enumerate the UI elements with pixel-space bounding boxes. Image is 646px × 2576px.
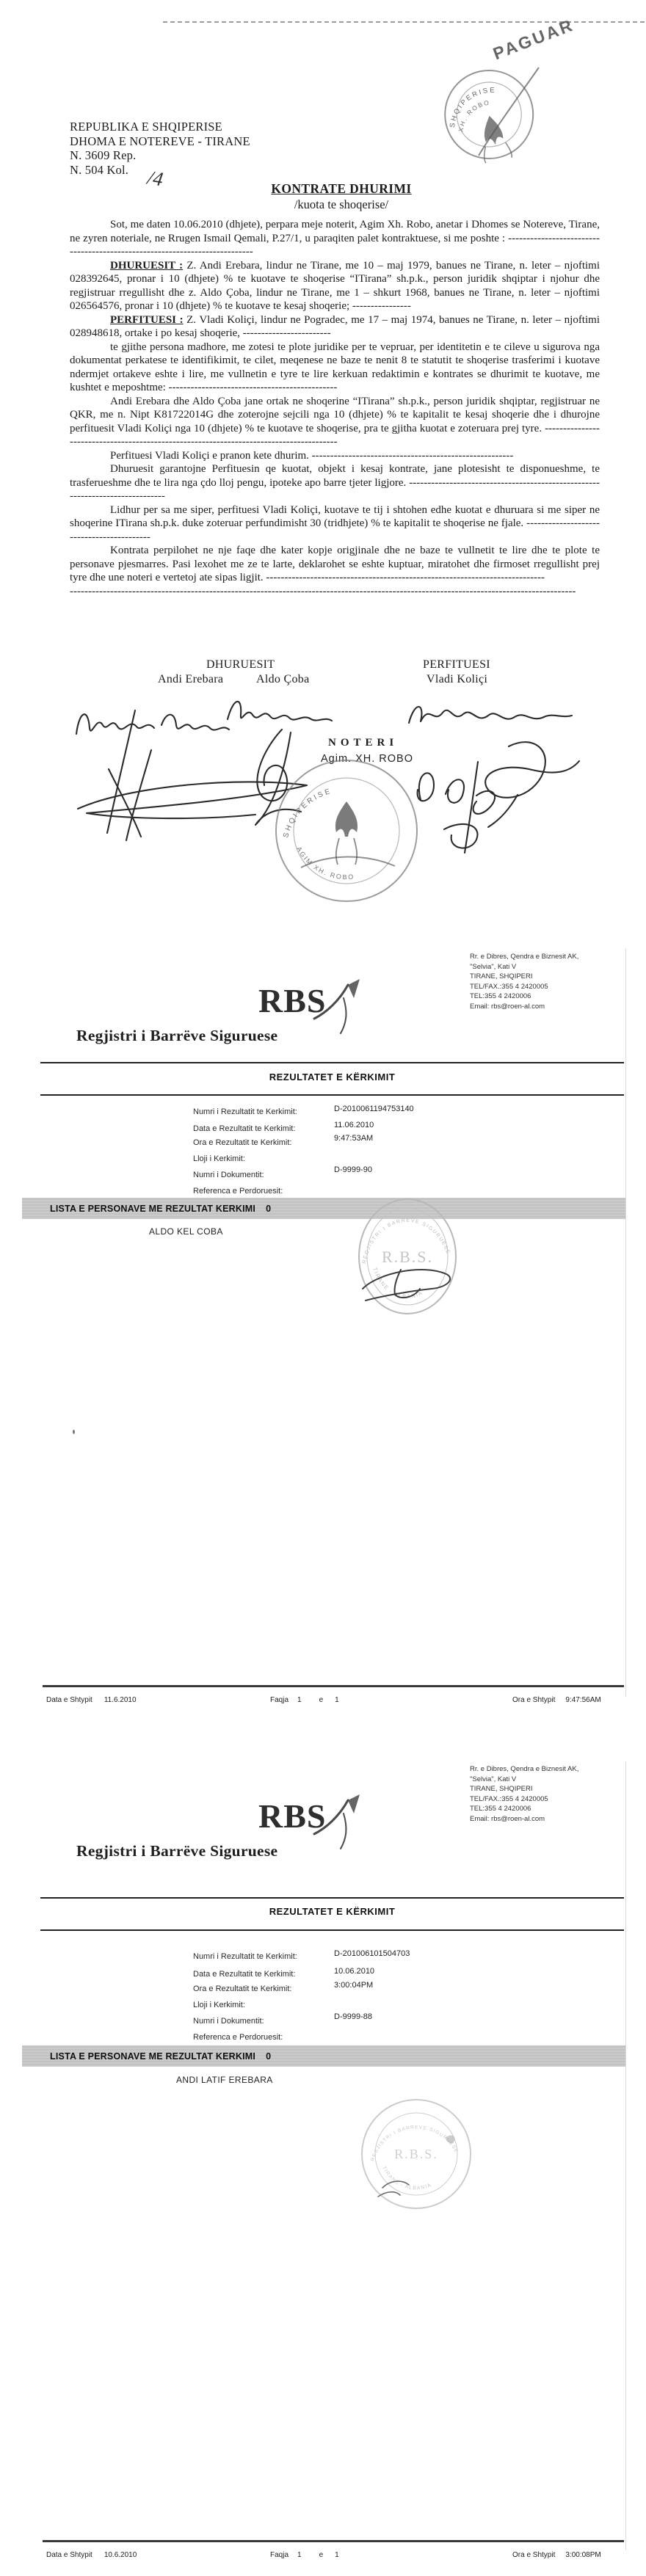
field-label-search-type: Lloji i Kerkimit: xyxy=(193,1154,245,1163)
contract-title: KONTRATE DHURIMI xyxy=(70,181,613,197)
contract-subtitle: /kuota te shoqerise/ xyxy=(70,197,613,212)
rbs-oval-stamp: REGJISTRI I BARREVE SIGURUESE TIRANE - A… xyxy=(352,1193,462,1320)
paragraph-text: Kontrata perpilohet ne nje faqe dhe kate… xyxy=(70,545,600,583)
rbs-brand-title: Regjistri i Barrëve Siguruese xyxy=(76,1027,277,1045)
field-label-doc-no: Numri i Dokumentit: xyxy=(193,1171,264,1179)
contract-paragraph: Perfituesi Vladi Koliçi e pranon kete dh… xyxy=(70,449,600,463)
noteri-heading: NOTERI xyxy=(328,737,398,749)
dhuruesit-heading: DHURUESIT xyxy=(206,658,275,672)
oval-stamp-center: R.B.S. xyxy=(382,1248,433,1266)
field-value-result-time: 3:00:04PM xyxy=(334,1981,373,1990)
address-line: TIRANE, SHQIPERI xyxy=(470,1784,578,1794)
rbs-logo-swoosh-icon xyxy=(311,976,363,1036)
divider xyxy=(40,1062,624,1063)
divider xyxy=(40,1897,624,1899)
address-line: Email: rbs@roen-al.com xyxy=(470,1814,578,1824)
field-value-result-date: 11.06.2010 xyxy=(334,1121,374,1129)
field-value-doc-no: D-9999-90 xyxy=(334,1165,372,1174)
contract-paragraph: PERFITUESI : Z. Vladi Koliçi, lindur ne … xyxy=(70,313,600,341)
persons-list-band: LISTA E PERSONAVE ME REZULTAT KERKIMI0 xyxy=(22,1198,625,1219)
paragraph-text: Sot, me daten 10.06.2010 (dhjete), perpa… xyxy=(70,219,600,258)
address-line: Rr. e Dibres, Qendra e Biznesit AK, xyxy=(470,1764,578,1775)
rbs-brand-title: Regjistri i Barrëve Siguruese xyxy=(76,1842,277,1860)
paragraph-lead: DHURUESIT : xyxy=(110,260,183,272)
footer-date-label: Data e Shtypit xyxy=(46,2551,92,2559)
address-line: TEL:355 4 2420006 xyxy=(470,992,578,1002)
paragraph-text: ----------------------------------------… xyxy=(70,586,576,597)
contract-paragraph: Andi Erebara dhe Aldo Çoba jane ortak ne… xyxy=(70,395,600,449)
results-section-title: REZULTATET E KËRKIMIT xyxy=(40,1071,624,1083)
field-label-result-no: Numri i Rezultatit te Kerkimit: xyxy=(193,1107,297,1116)
address-line: TEL/FAX.:355 4 2420005 xyxy=(470,982,578,992)
field-label-result-date: Data e Rezultatit te Kerkimit: xyxy=(193,1970,295,1979)
footer-time: Ora e Shtypit9:47:56AM xyxy=(512,1696,601,1704)
address-line: "Selvia", Kati V xyxy=(470,1775,578,1785)
paragraph-lead: PERFITUESI : xyxy=(110,314,184,326)
rbs-round-stamp: REGJISTRI I BARREVE SIGURUESE TIRANE - A… xyxy=(358,2094,475,2215)
svg-text:TIRANE - ALBANIA: TIRANE - ALBANIA xyxy=(381,2166,432,2191)
footer-date: Data e Shtypit10.6.2010 xyxy=(46,2551,137,2559)
paragraph-text: Lidhur per sa me siper, perfituesi Vladi… xyxy=(70,504,600,543)
footer-of-label: e xyxy=(319,2551,324,2559)
paragraph-text: te gjithe persona madhore, me zotesi te … xyxy=(70,341,600,394)
letterhead-line: DHOMA E NOTEREVE - TIRANE xyxy=(70,134,250,149)
person-name: ALDO KEL COBA xyxy=(149,1226,223,1237)
footer-date-label: Data e Shtypit xyxy=(46,1696,92,1704)
footer-of-number: 1 xyxy=(335,2551,339,2559)
address-line: "Selvia", Kati V xyxy=(470,962,578,972)
field-label-user-ref: Referenca e Perdoruesit: xyxy=(193,1187,283,1196)
contract-paragraph: DHURUESIT : Z. Andi Erebara, lindur ne T… xyxy=(70,259,600,313)
notary-round-stamp-bottom: SHQIPERISE AGIM XH. ROBO xyxy=(272,756,422,906)
letterhead-line: N. 3609 Rep. xyxy=(70,148,250,163)
footer-divider xyxy=(43,1685,624,1687)
footer-page-label: Faqja xyxy=(270,2551,288,2559)
band-count: 0 xyxy=(266,2051,271,2062)
contract-paragraph: Lidhur per sa me siper, perfituesi Vladi… xyxy=(70,503,600,545)
scan-page-edge xyxy=(625,1761,626,2550)
rbs-address-block: Rr. e Dibres, Qendra e Biznesit AK, "Sel… xyxy=(470,1764,578,1824)
footer-page-number: 1 xyxy=(297,1696,302,1704)
footer-page: Faqja1e1 xyxy=(270,2551,339,2559)
footer-date: Data e Shtypit11.6.2010 xyxy=(46,1696,137,1704)
footer-time: Ora e Shtypit3:00:08PM xyxy=(512,2551,601,2559)
field-value-result-no: D-2010061194753140 xyxy=(334,1105,414,1113)
address-line: TEL/FAX.:355 4 2420005 xyxy=(470,1794,578,1805)
contract-paragraph: Dhuruesit garantojne Perfituesin qe kuot… xyxy=(70,462,600,503)
footer-time-value: 9:47:56AM xyxy=(565,1696,600,1704)
scan-page-edge xyxy=(625,948,626,1697)
paragraph-text: Andi Erebara dhe Aldo Çoba jane ortak ne… xyxy=(70,396,600,448)
field-label-doc-no: Numri i Dokumentit: xyxy=(193,2017,264,2026)
perfituesi-heading: PERFITUESI xyxy=(423,658,490,672)
field-value-doc-no: D-9999-88 xyxy=(334,2012,372,2021)
footer-page: Faqja1e1 xyxy=(270,1696,339,1704)
round-stamp-center: R.B.S. xyxy=(394,2147,438,2161)
address-line: TEL:355 4 2420006 xyxy=(470,1804,578,1814)
contract-title-block: KONTRATE DHURIMI /kuota te shoqerise/ xyxy=(70,181,613,212)
contract-paragraph: Kontrata perpilohet ne nje faqe dhe kate… xyxy=(70,544,600,585)
footer-divider xyxy=(43,2540,624,2542)
contract-paragraph: te gjithe persona madhore, me zotesi te … xyxy=(70,341,600,395)
paragraph-text: Perfituesi Vladi Koliçi e pranon kete dh… xyxy=(110,450,513,462)
footer-page-label: Faqja xyxy=(270,1696,288,1704)
rbs-logo-swoosh-icon xyxy=(311,1791,363,1852)
round-stamp-arc-bottom: TIRANE - ALBANIA xyxy=(381,2166,432,2191)
field-value-result-date: 10.06.2010 xyxy=(334,1967,374,1976)
rbs-address-block: Rr. e Dibres, Qendra e Biznesit AK, "Sel… xyxy=(470,952,578,1011)
field-label-user-ref: Referenca e Perdoruesit: xyxy=(193,2033,283,2042)
scan-speck xyxy=(73,1430,75,1434)
footer-date-value: 10.6.2010 xyxy=(104,2551,137,2559)
letterhead-line: REPUBLIKA E SHQIPERISE xyxy=(70,120,250,134)
oval-stamp-arc-bottom: TIRANE - ALBANIA xyxy=(371,1267,424,1300)
svg-text:TIRANE - ALBANIA: TIRANE - ALBANIA xyxy=(371,1267,424,1300)
address-line: TIRANE, SHQIPERI xyxy=(470,972,578,982)
field-label-result-no: Numri i Rezultatit te Kerkimit: xyxy=(193,1952,297,1961)
field-value-result-time: 9:47:53AM xyxy=(334,1134,373,1143)
footer-of-label: e xyxy=(319,1696,324,1704)
scanned-document: SHQIPERISE XH. ROBO PAGUAR REPUBLIKA E S… xyxy=(0,0,646,2576)
footer-time-label: Ora e Shtypit xyxy=(512,2551,555,2559)
band-label: LISTA E PERSONAVE ME REZULTAT KERKIMI xyxy=(22,2051,255,2062)
person-name: ANDI LATIF EREBARA xyxy=(176,2075,273,2085)
band-label: LISTA E PERSONAVE ME REZULTAT KERKIMI xyxy=(22,1204,255,1214)
persons-list-band: LISTA E PERSONAVE ME REZULTAT KERKIMI0 xyxy=(22,2045,625,2067)
paragraph-text: Dhuruesit garantojne Perfituesin qe kuot… xyxy=(70,463,600,502)
divider xyxy=(40,1929,624,1931)
contract-paragraph: ----------------------------------------… xyxy=(70,585,600,599)
footer-date-value: 11.6.2010 xyxy=(104,1696,137,1704)
band-count: 0 xyxy=(266,1204,271,1214)
footer-time-label: Ora e Shtypit xyxy=(512,1696,555,1704)
contract-body: Sot, me daten 10.06.2010 (dhjete), perpa… xyxy=(70,218,600,598)
field-label-search-type: Lloji i Kerkimit: xyxy=(193,2001,245,2009)
footer-of-number: 1 xyxy=(335,1696,339,1704)
contract-paragraph: Sot, me daten 10.06.2010 (dhjete), perpa… xyxy=(70,218,600,259)
field-label-result-time: Ora e Rezultatit te Kerkimit: xyxy=(193,1984,292,1993)
address-line: Rr. e Dibres, Qendra e Biznesit AK, xyxy=(470,952,578,962)
field-label-result-time: Ora e Rezultatit te Kerkimit: xyxy=(193,1138,292,1147)
address-line: Email: rbs@roen-al.com xyxy=(470,1002,578,1012)
divider xyxy=(40,1094,624,1096)
footer-page-number: 1 xyxy=(297,2551,302,2559)
footer-time-value: 3:00:08PM xyxy=(565,2551,600,2559)
results-section-title: REZULTATET E KËRKIMIT xyxy=(40,1906,624,1917)
field-label-result-date: Data e Rezultatit te Kerkimit: xyxy=(193,1124,295,1133)
notary-round-stamp-top: SHQIPERISE XH. ROBO xyxy=(415,59,562,165)
field-value-result-no: D-201006101504703 xyxy=(334,1949,410,1958)
